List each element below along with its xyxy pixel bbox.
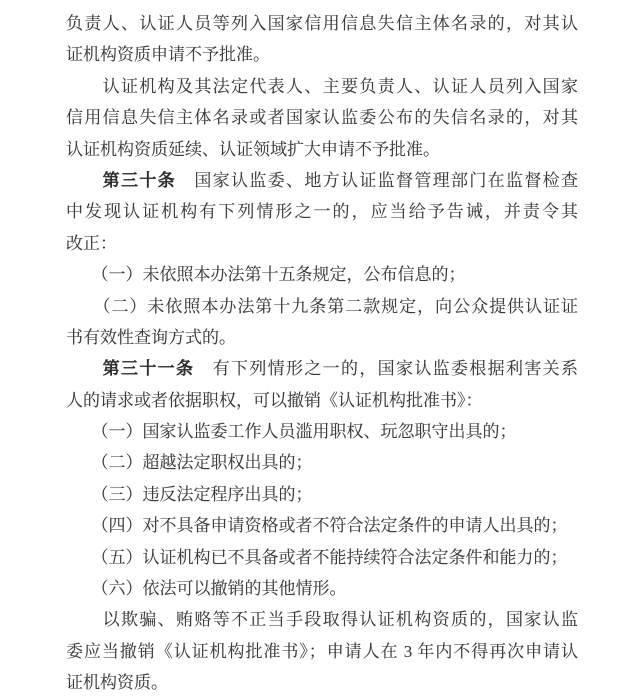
text-run: 改正：	[66, 234, 117, 253]
text-line: 信用信息失信主体名录或者国家认监委公布的失信名录的，对其	[66, 102, 578, 133]
text-line: 第三十条 国家认监委、地方认证监督管理部门在监督检查	[66, 165, 578, 196]
text-line: 负责人、认证人员等列入国家信用信息失信主体名录的，对其认	[66, 8, 578, 39]
text-run: 认证机构资质延续、认证领域扩大申请不予批准。	[66, 140, 440, 159]
text-line: 人的请求或者依据职权，可以撤销《认证机构批准书》：	[66, 385, 578, 416]
text-line: （六）依法可以撤销的其他情形。	[66, 573, 578, 604]
text-line: 认证机构及其法定代表人、主要负责人、认证人员列入国家	[66, 71, 578, 102]
text-run: 国家认监委、地方认证监督管理部门在监督检查	[176, 171, 578, 190]
text-run: 证机构资质。	[66, 673, 168, 692]
text-line: 委应当撤销《认证机构批准书》；申请人在 3 年内不得再次申请认	[66, 636, 578, 667]
text-run: （一）国家认监委工作人员滥用职权、玩忽职守出具的；	[66, 422, 517, 441]
text-line: 中发现认证机构有下列情形之一的，应当给予告诫，并责令其	[66, 196, 578, 227]
article-number: 第三十条	[103, 171, 176, 190]
text-run	[66, 171, 103, 190]
text-line: （二）未依照本办法第十九条第二款规定，向公众提供认证证	[66, 291, 578, 322]
text-line: （一）国家认监委工作人员滥用职权、玩忽职守出具的；	[66, 416, 578, 447]
article-number: 第三十一条	[103, 359, 195, 378]
document-body: 负责人、认证人员等列入国家信用信息失信主体名录的，对其认证机构资质申请不予批准。…	[0, 0, 640, 697]
text-line: （四）对不具备申请资格或者不符合法定条件的申请人出具的；	[66, 510, 578, 541]
text-run: 人的请求或者依据职权，可以撤销《认证机构批准书》：	[66, 391, 483, 410]
text-run: （四）对不具备申请资格或者不符合法定条件的申请人出具的；	[66, 516, 568, 535]
text-line: （五）认证机构已不具备或者不能持续符合法定条件和能力的；	[66, 542, 578, 573]
text-line: （三）违反法定程序出具的；	[66, 479, 578, 510]
text-run: 有下列情形之一的，国家认监委根据利害关系	[194, 359, 578, 378]
text-line: 书有效性查询方式的。	[66, 322, 578, 353]
text-run: 认证机构及其法定代表人、主要负责人、认证人员列入国家	[66, 77, 578, 96]
text-run: （二）未依照本办法第十九条第二款规定，向公众提供认证证	[66, 297, 578, 316]
text-line: 以欺骗、贿赂等不正当手段取得认证机构资质的，国家认监	[66, 604, 578, 635]
text-line: 改正：	[66, 228, 578, 259]
text-run: 委应当撤销《认证机构批准书》；申请人在 3 年内不得再次申请认	[66, 642, 578, 661]
text-run: （二）超越法定职权出具的；	[66, 453, 313, 472]
text-line: 第三十一条 有下列情形之一的，国家认监委根据利害关系	[66, 353, 578, 384]
document-page: 负责人、认证人员等列入国家信用信息失信主体名录的，对其认证机构资质申请不予批准。…	[0, 0, 640, 697]
text-run: 书有效性查询方式的。	[66, 328, 236, 347]
text-run	[66, 359, 103, 378]
text-run: 以欺骗、贿赂等不正当手段取得认证机构资质的，国家认监	[66, 610, 578, 629]
text-run: 负责人、认证人员等列入国家信用信息失信主体名录的，对其认	[66, 14, 578, 33]
text-run: （一）未依照本办法第十五条规定，公布信息的；	[66, 265, 466, 284]
text-line: 认证机构资质延续、认证领域扩大申请不予批准。	[66, 134, 578, 165]
text-line: （二）超越法定职权出具的；	[66, 447, 578, 478]
text-line: 证机构资质申请不予批准。	[66, 39, 578, 70]
text-run: （三）违反法定程序出具的；	[66, 485, 313, 504]
text-run: （六）依法可以撤销的其他情形。	[66, 579, 347, 598]
text-line: 证机构资质。	[66, 667, 578, 697]
text-run: （五）认证机构已不具备或者不能持续符合法定条件和能力的；	[66, 548, 568, 567]
text-run: 证机构资质申请不予批准。	[66, 45, 270, 64]
text-run: 信用信息失信主体名录或者国家认监委公布的失信名录的，对其	[66, 108, 578, 127]
text-run: 中发现认证机构有下列情形之一的，应当给予告诫，并责令其	[66, 202, 578, 221]
text-line: （一）未依照本办法第十五条规定，公布信息的；	[66, 259, 578, 290]
